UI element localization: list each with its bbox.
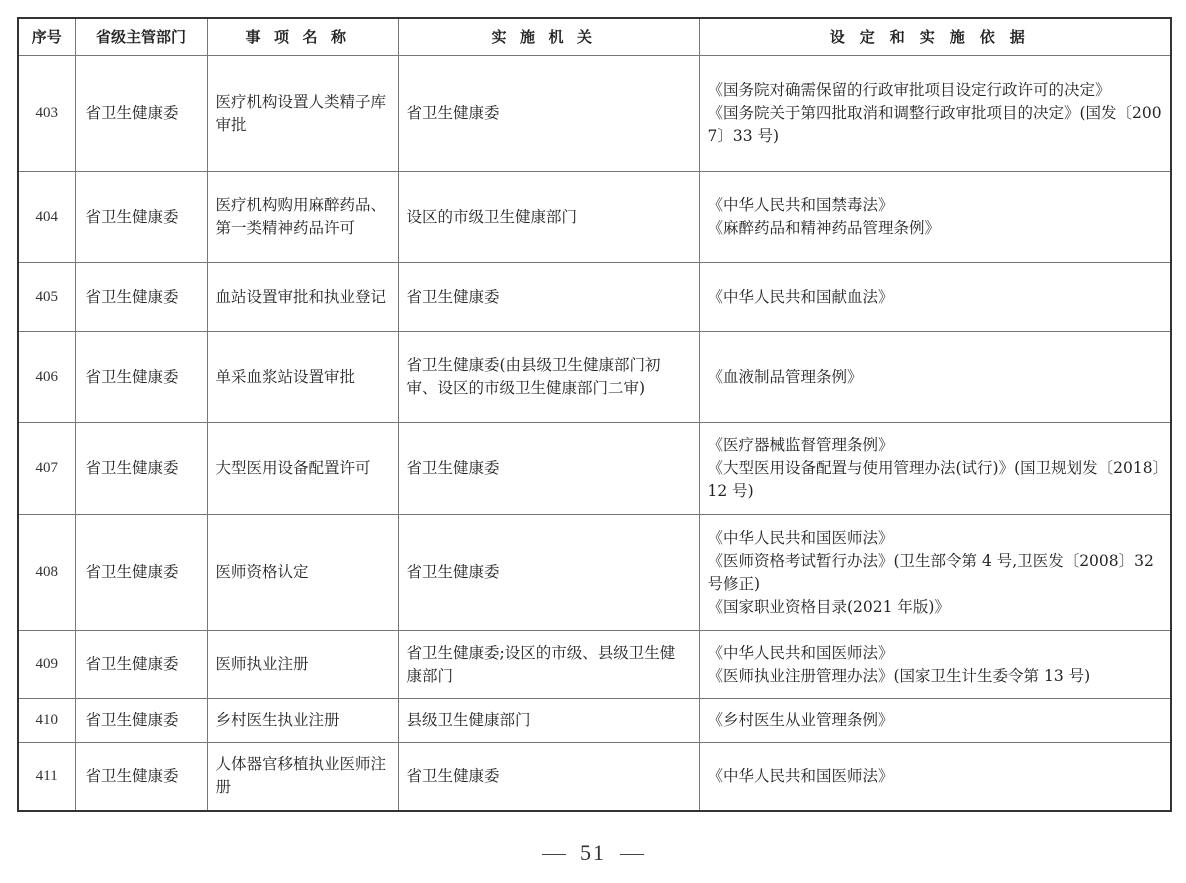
table-row: 408 省卫生健康委 医师资格认定 省卫生健康委 《中华人民共和国医师法》 《医… xyxy=(18,515,1171,631)
basis-line: 《中华人民共和国献血法》 xyxy=(708,286,1163,309)
table-row: 403 省卫生健康委 医疗机构设置人类精子库审批 省卫生健康委 《国务院对确需保… xyxy=(18,56,1171,172)
page-number: 51 xyxy=(580,840,606,865)
basis-line: 《麻醉药品和精神药品管理条例》 xyxy=(708,217,1163,240)
cell-basis: 《中华人民共和国医师法》 《医师执业注册管理办法》(国家卫生计生委令第 13 号… xyxy=(699,631,1171,699)
basis-line: 《中华人民共和国禁毒法》 xyxy=(708,194,1163,217)
basis-line: 《中华人民共和国医师法》 xyxy=(708,642,1163,665)
cell-seq: 406 xyxy=(18,332,75,423)
cell-seq: 403 xyxy=(18,56,75,172)
basis-line: 《中华人民共和国医师法》 xyxy=(708,765,1163,788)
cell-dept: 省卫生健康委 xyxy=(75,699,207,743)
page-footer: 51 xyxy=(0,840,1186,866)
cell-item-name: 血站设置审批和执业登记 xyxy=(207,263,398,332)
cell-basis: 《中华人民共和国禁毒法》 《麻醉药品和精神药品管理条例》 xyxy=(699,172,1171,263)
cell-agency: 省卫生健康委 xyxy=(398,743,699,811)
table-header-row: 序号 省级主管部门 事项名称 实施机关 设定和实施依据 xyxy=(18,18,1171,56)
cell-basis: 《血液制品管理条例》 xyxy=(699,332,1171,423)
cell-agency: 县级卫生健康部门 xyxy=(398,699,699,743)
table-row: 406 省卫生健康委 单采血浆站设置审批 省卫生健康委(由县级卫生健康部门初审、… xyxy=(18,332,1171,423)
cell-seq: 405 xyxy=(18,263,75,332)
basis-line: 《国务院关于第四批取消和调整行政审批项目的决定》(国发〔2007〕33 号) xyxy=(708,102,1163,148)
header-item-name: 事项名称 xyxy=(207,18,398,56)
cell-basis: 《中华人民共和国医师法》 xyxy=(699,743,1171,811)
basis-line: 《国务院对确需保留的行政审批项目设定行政许可的决定》 xyxy=(708,79,1163,102)
table-row: 407 省卫生健康委 大型医用设备配置许可 省卫生健康委 《医疗器械监督管理条例… xyxy=(18,423,1171,515)
administrative-license-table: 序号 省级主管部门 事项名称 实施机关 设定和实施依据 403 省卫生健康委 医… xyxy=(17,17,1172,812)
cell-seq: 409 xyxy=(18,631,75,699)
cell-item-name: 医疗机构购用麻醉药品、第一类精神药品许可 xyxy=(207,172,398,263)
cell-basis: 《乡村医生从业管理条例》 xyxy=(699,699,1171,743)
table-row: 409 省卫生健康委 医师执业注册 省卫生健康委;设区的市级、县级卫生健康部门 … xyxy=(18,631,1171,699)
basis-line: 《大型医用设备配置与使用管理办法(试行)》(国卫规划发〔2018〕12 号) xyxy=(708,457,1163,503)
header-seq: 序号 xyxy=(18,18,75,56)
cell-dept: 省卫生健康委 xyxy=(75,172,207,263)
cell-dept: 省卫生健康委 xyxy=(75,332,207,423)
cell-item-name: 人体器官移植执业医师注册 xyxy=(207,743,398,811)
cell-item-name: 医师资格认定 xyxy=(207,515,398,631)
basis-line: 《血液制品管理条例》 xyxy=(708,366,1163,389)
basis-line: 《乡村医生从业管理条例》 xyxy=(708,709,1163,732)
cell-item-name: 医疗机构设置人类精子库审批 xyxy=(207,56,398,172)
cell-item-name: 单采血浆站设置审批 xyxy=(207,332,398,423)
cell-seq: 410 xyxy=(18,699,75,743)
cell-dept: 省卫生健康委 xyxy=(75,515,207,631)
cell-seq: 407 xyxy=(18,423,75,515)
cell-seq: 408 xyxy=(18,515,75,631)
cell-seq: 404 xyxy=(18,172,75,263)
cell-dept: 省卫生健康委 xyxy=(75,263,207,332)
cell-basis: 《医疗器械监督管理条例》 《大型医用设备配置与使用管理办法(试行)》(国卫规划发… xyxy=(699,423,1171,515)
basis-line: 《国家职业资格目录(2021 年版)》 xyxy=(708,596,1163,619)
left-dash-decoration xyxy=(542,854,566,855)
cell-agency: 省卫生健康委 xyxy=(398,56,699,172)
header-agency: 实施机关 xyxy=(398,18,699,56)
cell-dept: 省卫生健康委 xyxy=(75,631,207,699)
table-row: 405 省卫生健康委 血站设置审批和执业登记 省卫生健康委 《中华人民共和国献血… xyxy=(18,263,1171,332)
basis-line: 《医师资格考试暂行办法》(卫生部令第 4 号,卫医发〔2008〕32 号修正) xyxy=(708,550,1163,596)
cell-item-name: 医师执业注册 xyxy=(207,631,398,699)
cell-agency: 设区的市级卫生健康部门 xyxy=(398,172,699,263)
cell-basis: 《中华人民共和国医师法》 《医师资格考试暂行办法》(卫生部令第 4 号,卫医发〔… xyxy=(699,515,1171,631)
cell-item-name: 大型医用设备配置许可 xyxy=(207,423,398,515)
cell-agency: 省卫生健康委 xyxy=(398,423,699,515)
cell-basis: 《中华人民共和国献血法》 xyxy=(699,263,1171,332)
right-dash-decoration xyxy=(620,854,644,855)
table-row: 410 省卫生健康委 乡村医生执业注册 县级卫生健康部门 《乡村医生从业管理条例… xyxy=(18,699,1171,743)
header-dept: 省级主管部门 xyxy=(75,18,207,56)
cell-agency: 省卫生健康委 xyxy=(398,263,699,332)
basis-line: 《医师执业注册管理办法》(国家卫生计生委令第 13 号) xyxy=(708,665,1163,688)
header-basis: 设定和实施依据 xyxy=(699,18,1171,56)
cell-dept: 省卫生健康委 xyxy=(75,743,207,811)
basis-line: 《医疗器械监督管理条例》 xyxy=(708,434,1163,457)
cell-dept: 省卫生健康委 xyxy=(75,56,207,172)
basis-line: 《中华人民共和国医师法》 xyxy=(708,527,1163,550)
cell-dept: 省卫生健康委 xyxy=(75,423,207,515)
table-row: 411 省卫生健康委 人体器官移植执业医师注册 省卫生健康委 《中华人民共和国医… xyxy=(18,743,1171,811)
cell-basis: 《国务院对确需保留的行政审批项目设定行政许可的决定》 《国务院关于第四批取消和调… xyxy=(699,56,1171,172)
cell-seq: 411 xyxy=(18,743,75,811)
cell-agency: 省卫生健康委;设区的市级、县级卫生健康部门 xyxy=(398,631,699,699)
cell-item-name: 乡村医生执业注册 xyxy=(207,699,398,743)
cell-agency: 省卫生健康委 xyxy=(398,515,699,631)
cell-agency: 省卫生健康委(由县级卫生健康部门初审、设区的市级卫生健康部门二审) xyxy=(398,332,699,423)
table-row: 404 省卫生健康委 医疗机构购用麻醉药品、第一类精神药品许可 设区的市级卫生健… xyxy=(18,172,1171,263)
